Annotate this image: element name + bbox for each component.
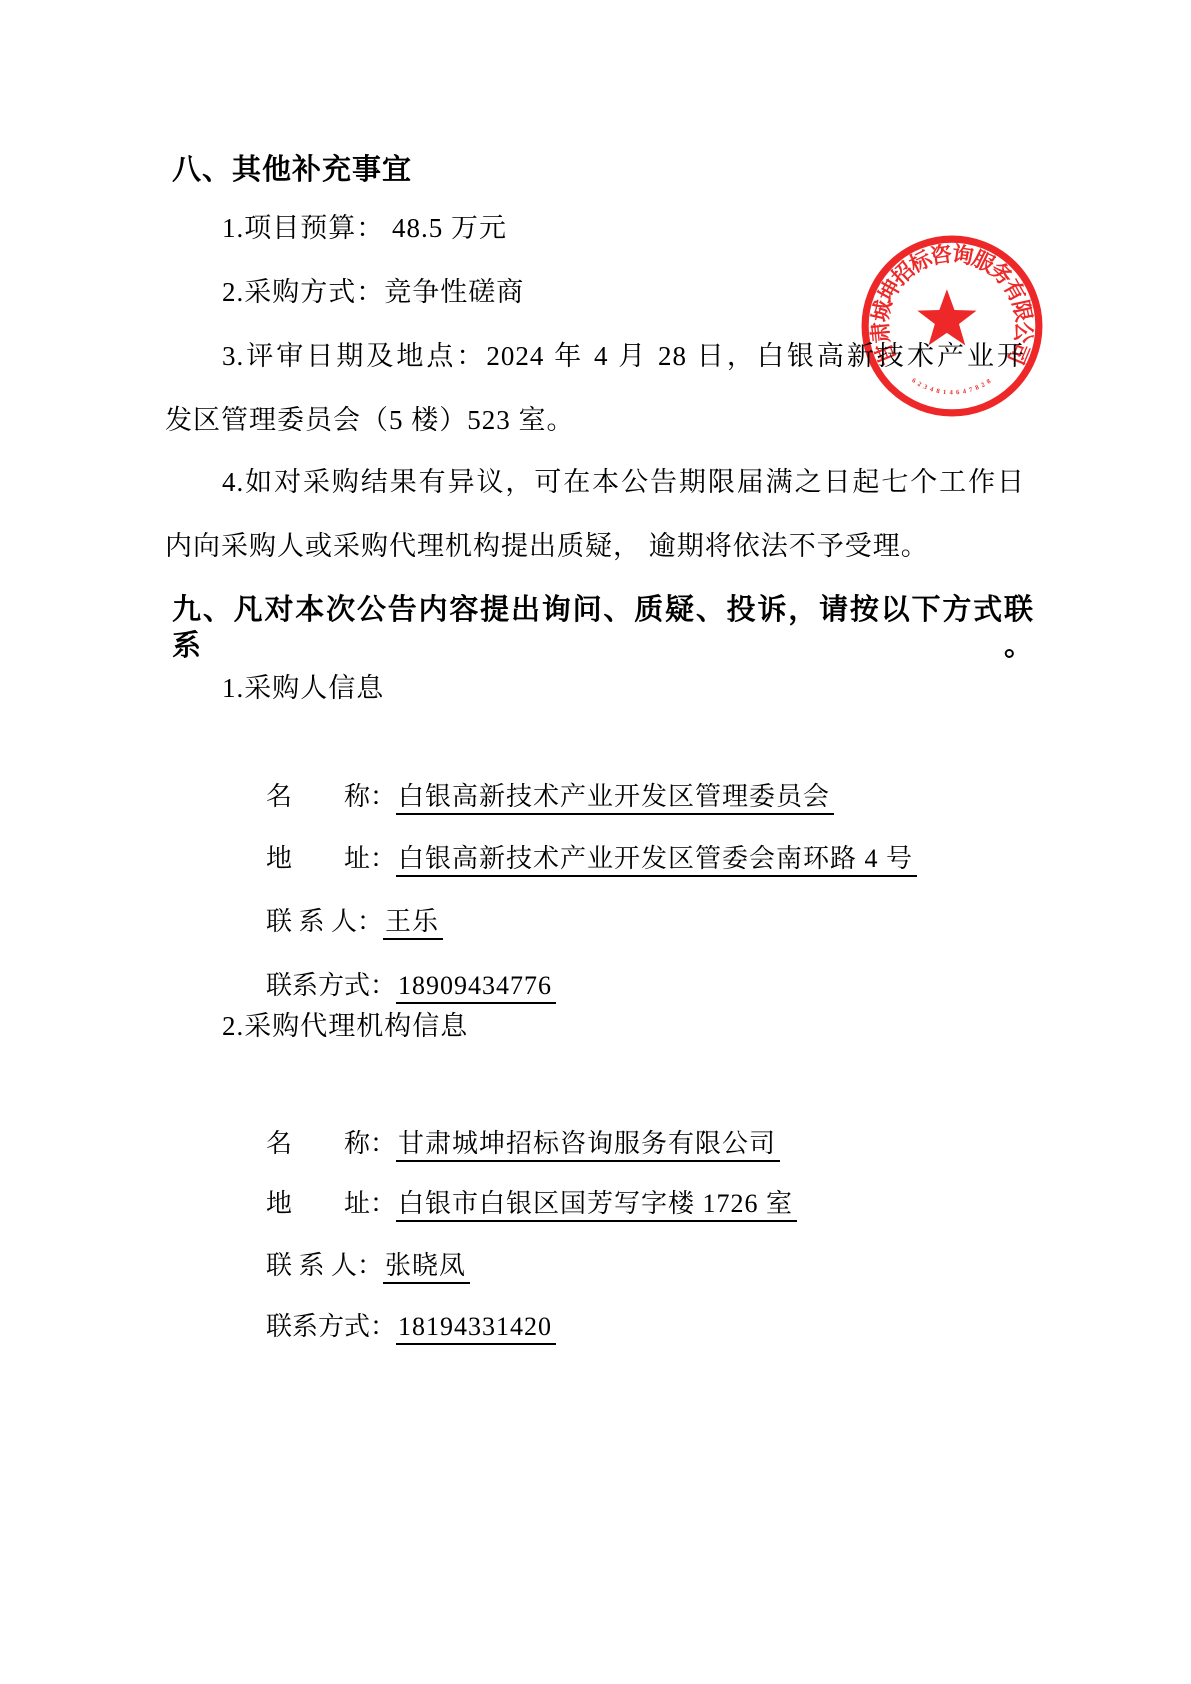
agency-info-title: 2.采购代理机构信息 (222, 1010, 468, 1044)
section8-heading: 八、其他补充事宜 (172, 152, 412, 188)
review-date-item-line2: 发区管理委员会（5 楼）523 室。 (165, 404, 575, 438)
agency-phone-row: 联系方式：18194331420 (240, 1276, 556, 1377)
star-icon (917, 289, 976, 345)
objection-item-line2: 内向采购人或采购代理机构提出质疑， 逾期将依法不予受理。 (165, 530, 929, 564)
company-seal: 甘肃城坤招标咨询服务有限公司 6234814647828 (860, 234, 1044, 418)
purchaser-phone-value: 18909434776 (396, 971, 556, 1004)
purchaser-address-value: 白银高新技术产业开发区管委会南环路 4 号 (396, 844, 917, 877)
section9-heading: 九、凡对本次公告内容提出询问、质疑、投诉，请按以下方式联系。 (172, 592, 1034, 665)
document-page: 八、其他补充事宜 1.项目预算： 48.5 万元 2.采购方式：竞争性磋商 3.… (0, 0, 1191, 1684)
objection-item-line1: 4.如对采购结果有异议，可在本公告期限届满之日起七个工作日 (165, 466, 1025, 500)
method-item: 2.采购方式：竞争性磋商 (222, 276, 524, 310)
name-label: 名 称： (266, 782, 396, 811)
agency-phone-value: 18194331420 (396, 1312, 556, 1345)
contact-person-label: 联 系 人： (266, 907, 383, 936)
seal-code-text: 6234814647828 (910, 377, 993, 396)
purchaser-info-title: 1.采购人信息 (222, 672, 384, 706)
phone-label: 联系方式： (266, 1312, 396, 1341)
phone-label: 联系方式： (266, 971, 396, 1000)
address-label: 地 址： (266, 1189, 396, 1218)
address-label: 地 址： (266, 844, 396, 873)
budget-item: 1.项目预算： 48.5 万元 (222, 212, 507, 246)
